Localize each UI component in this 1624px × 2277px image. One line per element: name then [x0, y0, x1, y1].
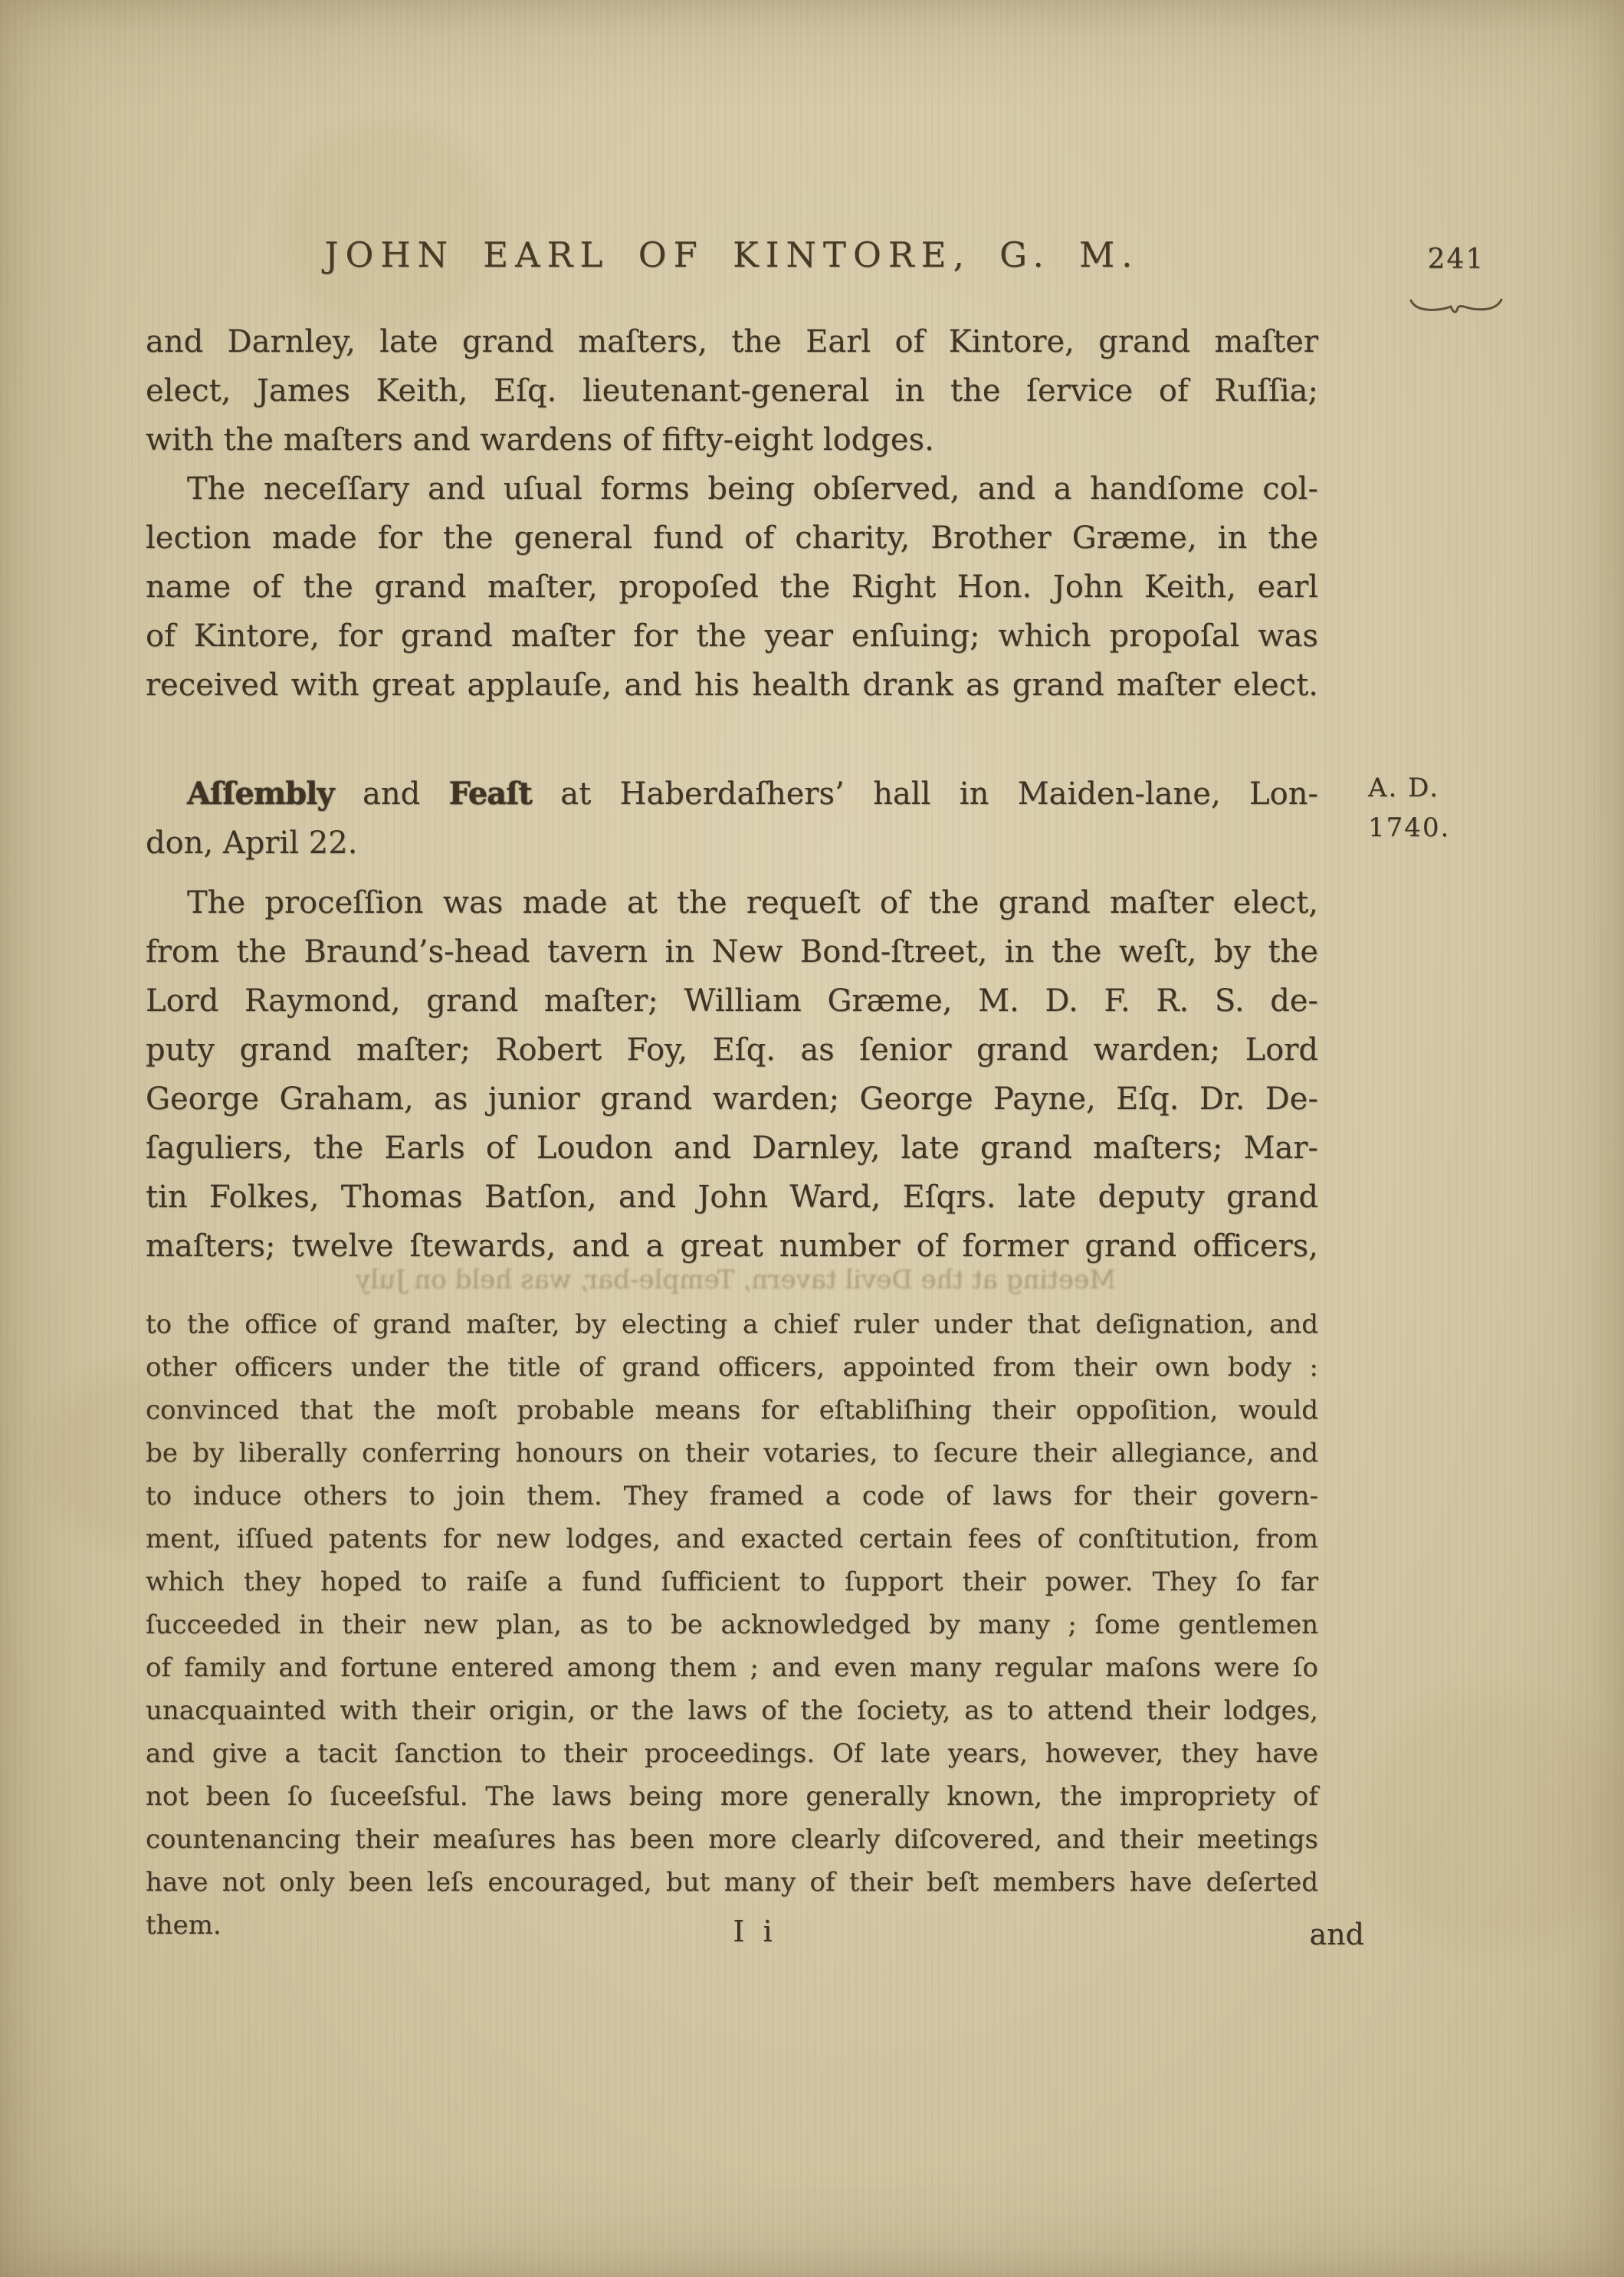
text-line: from the Braund’s-head tavern in New Bon…	[146, 927, 1318, 976]
gathering-signature: I i	[146, 1914, 1364, 1948]
text-line: tin Folkes, Thomas Batſon, and John Ward…	[146, 1173, 1318, 1222]
marginal-date-note: A. D. 1740.	[1368, 768, 1506, 848]
text-line: received with great applauſe, and his he…	[146, 661, 1318, 710]
margin-note-year: 1740.	[1368, 808, 1506, 848]
paragraph-assembly-and-feast: Aſſembly and Feaſt at Haberdaſhers’ hall…	[146, 769, 1318, 868]
book-page-scan: JOHN EARL OF KINTORE, G. M. 241 and Darn…	[0, 0, 1624, 2277]
text-line: of Kintore, for grand maſter for the yea…	[146, 612, 1318, 661]
page-footer-line: I i and	[146, 1914, 1364, 1960]
footnote-line: to the office of grand maſter, by electi…	[146, 1303, 1318, 1346]
page-number-underbrace-ornament	[1409, 296, 1504, 317]
text-line: don, April 22.	[146, 819, 1318, 868]
text-line: elect, James Keith, Eſq. lieutenant-gene…	[146, 366, 1318, 415]
text-line: Aſſembly and Feaſt at Haberdaſhers’ hall…	[146, 769, 1318, 819]
footnote-line: unacquainted with their origin, or the l…	[146, 1689, 1318, 1732]
footnote-line: have not only been leſs encouraged, but …	[146, 1861, 1318, 1904]
footnote-line: ſucceeded in their new plan, as to be ac…	[146, 1603, 1318, 1646]
footnote-line: ment, iſſued patents for new lodges, and…	[146, 1517, 1318, 1560]
text-line: name of the grand maſter, propoſed the R…	[146, 563, 1318, 612]
paragraph-procession: The proceſſion was made at the requeſt o…	[146, 878, 1318, 1271]
footnote-line: be by liberally conferring honours on th…	[146, 1432, 1318, 1475]
paragraph-continuation: and Darnley, late grand maſters, the Ear…	[146, 317, 1318, 464]
assembly-line-rest: at Haberdaſhers’ hall in Maiden-lane, Lo…	[532, 776, 1318, 812]
text-line: maſters; twelve ſtewards, and a great nu…	[146, 1222, 1318, 1271]
footnote-block: to the office of grand maſter, by electi…	[146, 1303, 1318, 1947]
assembly-conjunction: and	[334, 776, 449, 812]
text-line: with the maſters and wardens of fifty-ei…	[146, 415, 1318, 464]
blackletter-word-assembly: Aſſembly	[187, 776, 334, 812]
text-line: puty grand maſter; Robert Foy, Eſq. as ſ…	[146, 1025, 1318, 1075]
margin-note-ad: A. D.	[1368, 768, 1506, 808]
text-line: Lord Raymond, grand maſter; William Græm…	[146, 976, 1318, 1025]
text-line: lection made for the general fund of cha…	[146, 513, 1318, 563]
main-text-block: and Darnley, late grand maſters, the Ear…	[146, 317, 1318, 1271]
footnote-line: of family and fortune entered among them…	[146, 1646, 1318, 1689]
footnote-line: to induce others to join them. They fram…	[146, 1475, 1318, 1517]
footnote-line: countenancing their meaſures has been mo…	[146, 1818, 1318, 1861]
footnote-line: not been ſo ſuceeſsful. The laws being m…	[146, 1775, 1318, 1818]
paragraph-proposal: The neceſſary and uſual forms being obſe…	[146, 464, 1318, 710]
text-line: and Darnley, late grand maſters, the Ear…	[146, 317, 1318, 366]
catchword: and	[1310, 1918, 1364, 1951]
footnote-line: which they hoped to raiſe a fund ſuffici…	[146, 1560, 1318, 1603]
page-number: 241	[1406, 244, 1506, 275]
blackletter-word-feast: Feaſt	[449, 776, 532, 812]
footnote-line: and give a tacit ſanction to their proce…	[146, 1732, 1318, 1775]
text-line: ſaguliers, the Earls of Loudon and Darnl…	[146, 1124, 1318, 1173]
footnote-line: other officers under the title of grand …	[146, 1346, 1318, 1389]
text-line: The proceſſion was made at the requeſt o…	[146, 878, 1318, 927]
running-title: JOHN EARL OF KINTORE, G. M.	[146, 235, 1318, 275]
text-line: The neceſſary and uſual forms being obſe…	[146, 464, 1318, 513]
footnote-line: convinced that the moſt probable means f…	[146, 1389, 1318, 1432]
text-line: George Graham, as junior grand warden; G…	[146, 1075, 1318, 1124]
